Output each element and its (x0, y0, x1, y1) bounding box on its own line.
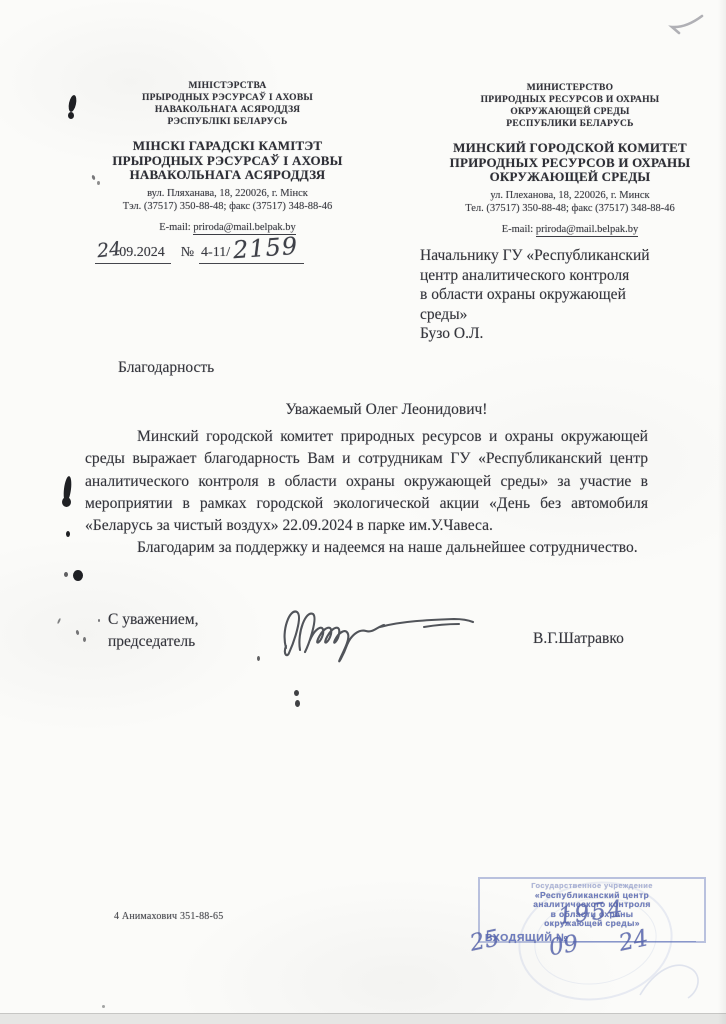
body-paragraph: Благодарим за поддержку и надеемся на на… (85, 537, 648, 559)
letter-body: Минский городской комитет природных ресу… (85, 426, 648, 560)
ministry-line: МІНІСТЭРСТВА (90, 80, 365, 92)
handwritten-stamp-month: 09 (547, 931, 580, 962)
committee-line: МІНСКІ ГАРАДСКІ КАМІТЭТ (90, 139, 365, 154)
signoff-title: председатель (108, 631, 199, 653)
subject-line: Благодарность (118, 359, 214, 377)
address-line: Тэл. (37517) 350-88-48; факс (37517) 348… (90, 200, 365, 213)
handwritten-day: 24 (97, 244, 122, 256)
stamp-org-line: Государственное учреждение (480, 881, 704, 891)
address-block-ru: ул. Плеханова, 18, 220026, г. Минск Тел.… (424, 189, 716, 215)
handwritten-stamp-day: 25 (468, 925, 502, 957)
committee-line: НАВАКОЛЬНАГА АСЯРОДДЗЯ (90, 168, 365, 183)
committee-line: ПРЫРОДНЫХ РЭСУРСАЎ І АХОВЫ (90, 154, 365, 169)
committee-line: ПРИРОДНЫХ РЕСУРСОВ И ОХРАНЫ (424, 156, 716, 171)
committee-name-ru: МИНСКИЙ ГОРОДСКОЙ КОМИТЕТ ПРИРОДНЫХ РЕСУ… (424, 141, 716, 185)
ministry-line: МИНИСТЕРСТВО (424, 82, 716, 94)
addressee-line: среды» (420, 305, 720, 325)
ink-speck (83, 637, 86, 642)
ink-speck (257, 656, 260, 661)
signoff-block: С уважением, председатель (108, 609, 199, 652)
addressee-line: в области охраны окружающей (420, 285, 720, 305)
ink-speck (64, 572, 68, 577)
email-label: E-mail: (502, 224, 534, 235)
ink-speck (294, 690, 299, 696)
address-line: Тел. (37517) 350-88-48; факс (37517) 348… (424, 202, 716, 215)
ink-speck (97, 181, 100, 185)
ink-blob (73, 570, 83, 581)
ink-speck (66, 531, 70, 537)
handwritten-signature (276, 596, 481, 668)
addressee-line: Начальнику ГУ «Республиканский (420, 246, 720, 266)
ink-blob (67, 94, 77, 112)
page-right-shade (718, 0, 726, 1024)
date-field: 24 09.2024 (95, 245, 171, 264)
body-paragraph: Минский городской комитет природных ресу… (85, 426, 648, 537)
letterhead-russian: МИНИСТЕРСТВО ПРИРОДНЫХ РЕСУРСОВ И ОХРАНЫ… (424, 82, 716, 235)
ministry-line: ОКРУЖАЮЩЕЙ СРЕДЫ (424, 106, 716, 118)
signer-name: В.Г.Шатравко (533, 630, 624, 648)
addressee-line: центр аналитического контроля (420, 266, 720, 286)
salutation: Уважаемый Олег Леонидович! (85, 401, 648, 419)
executor-note: 4 Анимахович 351-88-65 (114, 911, 223, 922)
scanned-letter: МІНІСТЭРСТВА ПРЫРОДНЫХ РЭСУРСАЎ І АХОВЫ … (0, 0, 726, 1024)
number-sign: № (181, 245, 194, 261)
typed-number-prefix: 4-11/ (201, 245, 230, 261)
addressee-name: Бузо О.Л. (420, 324, 720, 344)
email-address: priroda@mail.belpak.by (536, 224, 638, 237)
ink-scribble (630, 940, 720, 1010)
committee-line: МИНСКИЙ ГОРОДСКОЙ КОМИТЕТ (424, 141, 716, 156)
email-label: E-mail: (159, 222, 191, 233)
ministry-line: ПРЫРОДНЫХ РЭСУРСАЎ І АХОВЫ (90, 92, 365, 104)
address-line: ул. Плеханова, 18, 220026, г. Минск (424, 189, 716, 202)
ministry-name-by: МІНІСТЭРСТВА ПРЫРОДНЫХ РЭСУРСАЎ І АХОВЫ … (90, 80, 365, 128)
ink-blob (68, 112, 74, 119)
ministry-line: ПРИРОДНЫХ РЕСУРСОВ И ОХРАНЫ (424, 94, 716, 106)
ink-speck (75, 630, 79, 636)
email-line-ru: E-mail: priroda@mail.belpak.by (424, 224, 716, 235)
ink-speck (102, 1005, 105, 1008)
ministry-line: РЭСПУБЛІКІ БЕЛАРУСЬ (90, 116, 365, 128)
addressee-block: Начальнику ГУ «Республиканский центр ана… (420, 246, 720, 344)
pencil-check-mark (644, 4, 714, 44)
ministry-line: РЕСПУБЛИКИ БЕЛАРУСЬ (424, 118, 716, 130)
email-line-by: E-mail: priroda@mail.belpak.by (90, 222, 365, 233)
ministry-line: НАВАКОЛЬНАГА АСЯРОДДЗЯ (90, 104, 365, 116)
reference-line: 24 09.2024 № 4-11/ 2159 (95, 243, 304, 264)
ink-speck (57, 618, 61, 624)
ink-blob (62, 497, 71, 507)
outgoing-number-field: 4-11/ 2159 (199, 243, 304, 264)
handwritten-number: 2159 (233, 241, 299, 256)
letterhead-belarusian: МІНІСТЭРСТВА ПРЫРОДНЫХ РЭСУРСАЎ І АХОВЫ … (90, 80, 365, 233)
ministry-name-ru: МИНИСТЕРСТВО ПРИРОДНЫХ РЕСУРСОВ И ОХРАНЫ… (424, 82, 716, 130)
signoff-line: С уважением, (108, 609, 199, 631)
committee-name-by: МІНСКІ ГАРАДСКІ КАМІТЭТ ПРЫРОДНЫХ РЭСУРС… (90, 139, 365, 183)
typed-date: 09.2024 (119, 245, 165, 261)
ink-speck (98, 619, 100, 622)
address-line: вул. Пляханава, 18, 220026, г. Мінск (90, 187, 365, 200)
address-block-by: вул. Пляханава, 18, 220026, г. Мінск Тэл… (90, 187, 365, 213)
ink-speck (295, 700, 300, 707)
page-bottom-edge (0, 1013, 726, 1024)
committee-line: ОКРУЖАЮЩЕЙ СРЕДЫ (424, 170, 716, 185)
